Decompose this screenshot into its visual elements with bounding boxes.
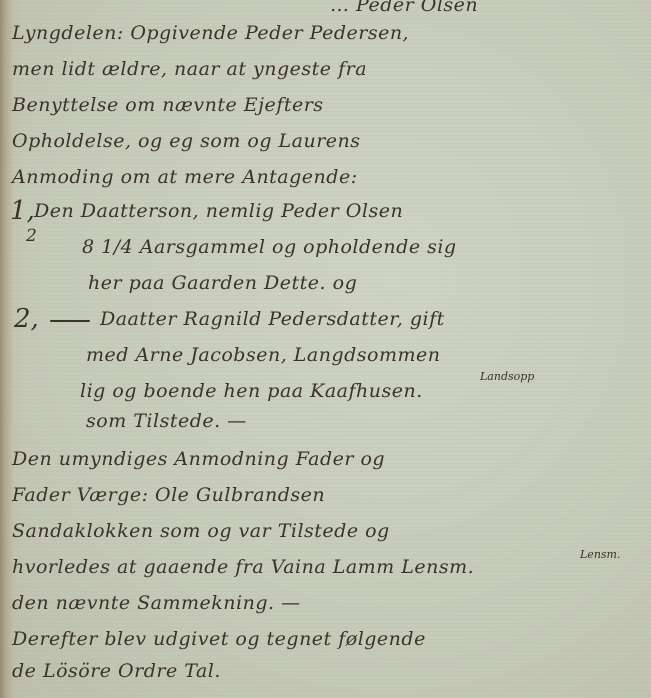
manuscript-line: de Lösöre Ordre Tal. [12, 660, 221, 682]
manuscript-line: Den umyndiges Anmodning Fader og [12, 448, 385, 470]
manuscript-line: Fader Værge: Ole Gulbrandsen [12, 484, 325, 506]
manuscript-line: Den Daatterson, nemlig Peder Olsen [34, 200, 403, 222]
manuscript-line: Derefter blev udgivet og tegnet følgende [12, 628, 426, 650]
manuscript-line: lig og boende hen paa Kaafhusen. [80, 380, 423, 402]
manuscript-line: 8 1/4 Aarsgammel og opholdende sig [82, 236, 457, 258]
manuscript-line: Daatter Ragnild Pedersdatter, gift [100, 308, 445, 330]
manuscript-line: den nævnte Sammekning. — [12, 592, 301, 614]
superscript-note: Landsopp [480, 370, 534, 383]
manuscript-line: som Tilstede. — [86, 410, 247, 432]
manuscript-line: hvorledes at gaaende fra Vaina Lamm Lens… [12, 556, 474, 578]
manuscript-line: Lyngdelen: Opgivende Peder Pedersen, [12, 22, 409, 44]
manuscript-line: Sandaklokken som og var Tilstede og [12, 520, 390, 542]
manuscript-line: her paa Gaarden Dette. og [88, 272, 357, 294]
manuscript-line: med Arne Jacobsen, Langdsommen [86, 344, 441, 366]
manuscript-line: Opholdelse, og eg som og Laurens [12, 130, 361, 152]
dash-mark [50, 320, 90, 322]
manuscript-line: Anmoding om at mere Antagende: [12, 166, 358, 188]
manuscript-page: … Peder Olsen Lyngdelen: Opgivende Peder… [0, 0, 651, 698]
item-number-2: 2, [14, 304, 39, 334]
superscript-note: Lensm. [580, 548, 620, 561]
manuscript-line: men lidt ældre, naar at yngeste fra [12, 58, 367, 80]
manuscript-line: Benyttelse om nævnte Ejefters [12, 94, 324, 116]
item-sub-number: 2 [26, 226, 37, 246]
manuscript-line: … Peder Olsen [330, 0, 478, 16]
item-number-1: 1, [10, 196, 35, 226]
